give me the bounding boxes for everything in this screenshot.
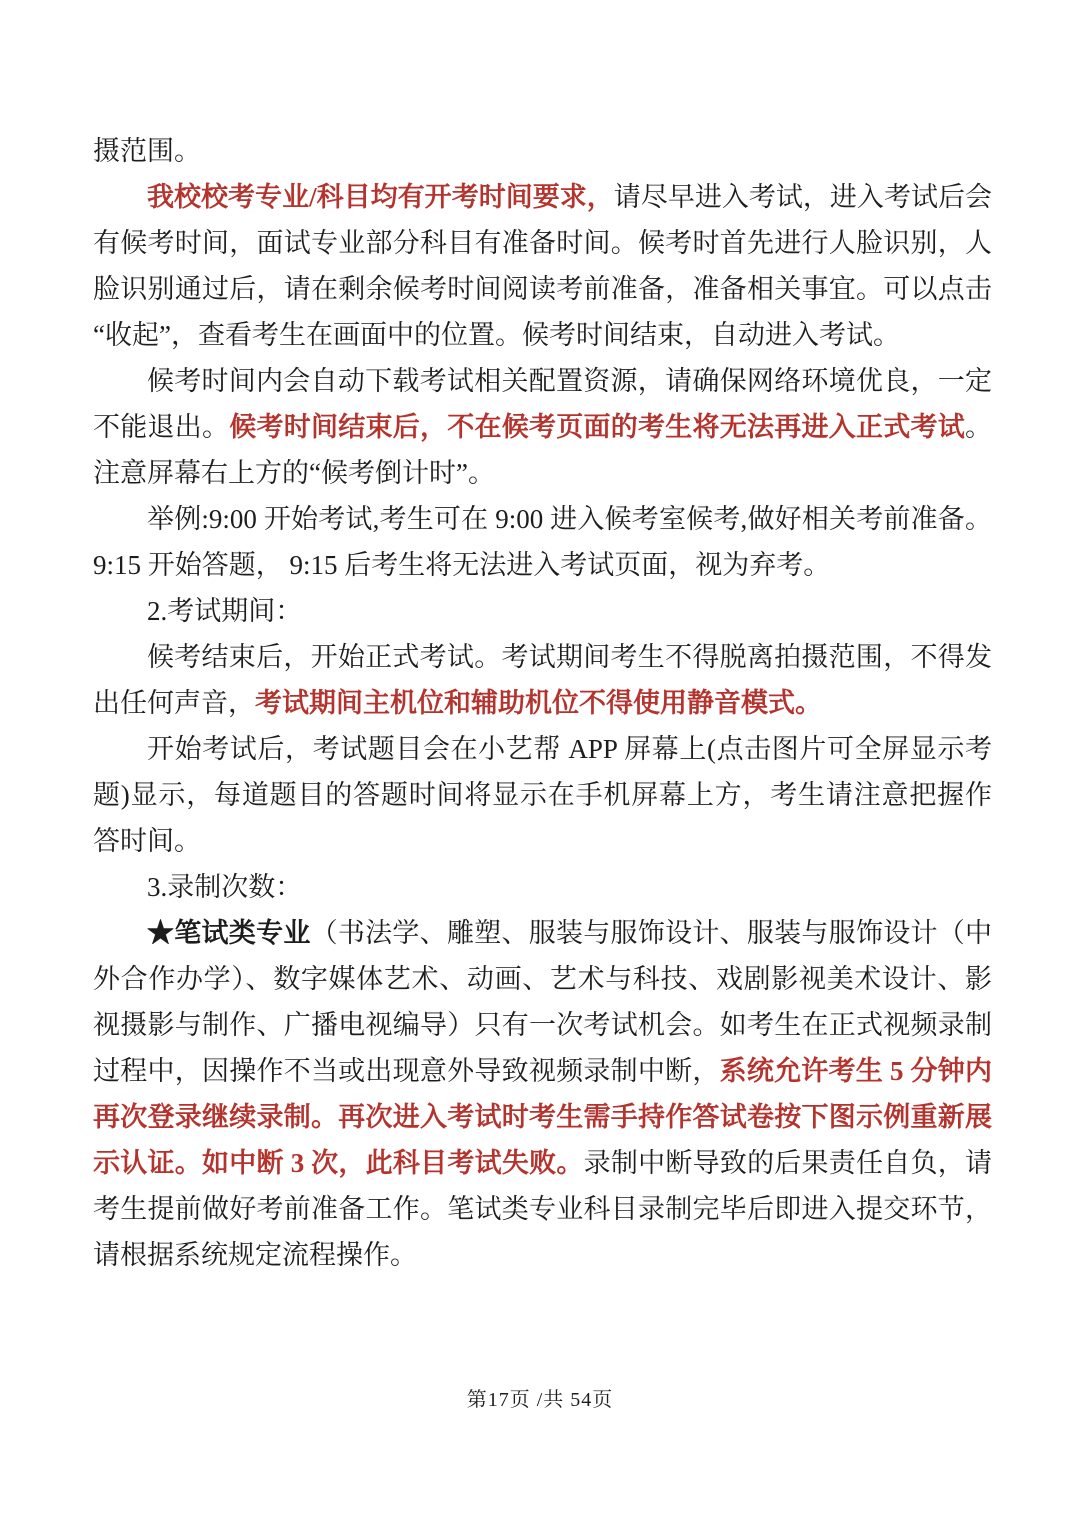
paragraph: 候考结束后，开始正式考试。考试期间考生不得脱离拍摄范围，不得发出任何声音，考试期… <box>93 634 992 726</box>
text-run: 2.考试期间： <box>147 596 302 626</box>
text-run: 我校校考专业/科目均有开考时间要求， <box>147 182 614 212</box>
document-page: 摄范围。我校校考专业/科目均有开考时间要求，请尽早进入考试，进入考试后会有候考时… <box>0 0 1080 1527</box>
paragraph: 候考时间内会自动下载考试相关配置资源，请确保网络环境优良，一定不能退出。候考时间… <box>93 358 992 496</box>
text-run: 开始考试后，考试题目会在小艺帮 APP 屏幕上(点击图片可全屏显示考题)显示，每… <box>93 734 992 856</box>
paragraph: ★笔试类专业（书法学、雕塑、服装与服饰设计、服装与服饰设计（中外合作办学）、数字… <box>93 910 992 1278</box>
page-number-label: 第17页 /共 54页 <box>467 1389 614 1411</box>
text-run: 候考时间结束后，不在候考页面的考生将无法再进入正式考试 <box>229 412 965 442</box>
paragraph: 开始考试后，考试题目会在小艺帮 APP 屏幕上(点击图片可全屏显示考题)显示，每… <box>93 726 992 864</box>
text-run: 举例:9:00 开始考试,考生可在 9:00 进入候考室候考,做好相关考前准备。… <box>93 504 992 580</box>
text-run: 考试期间主机位和辅助机位不得使用静音模式。 <box>255 688 822 718</box>
paragraph: 我校校考专业/科目均有开考时间要求，请尽早进入考试，进入考试后会有候考时间，面试… <box>93 174 992 358</box>
text-run: 3.录制次数： <box>147 872 302 902</box>
paragraph: 3.录制次数： <box>93 864 992 910</box>
text-run: 摄范围。 <box>93 136 201 166</box>
document-body: 摄范围。我校校考专业/科目均有开考时间要求，请尽早进入考试，进入考试后会有候考时… <box>93 128 992 1278</box>
text-run: ★笔试类专业 <box>147 918 311 948</box>
paragraph: 摄范围。 <box>93 128 992 174</box>
paragraph: 2.考试期间： <box>93 588 992 634</box>
page-footer: 第17页 /共 54页 <box>0 1383 1080 1412</box>
paragraph: 举例:9:00 开始考试,考生可在 9:00 进入候考室候考,做好相关考前准备。… <box>93 496 992 588</box>
